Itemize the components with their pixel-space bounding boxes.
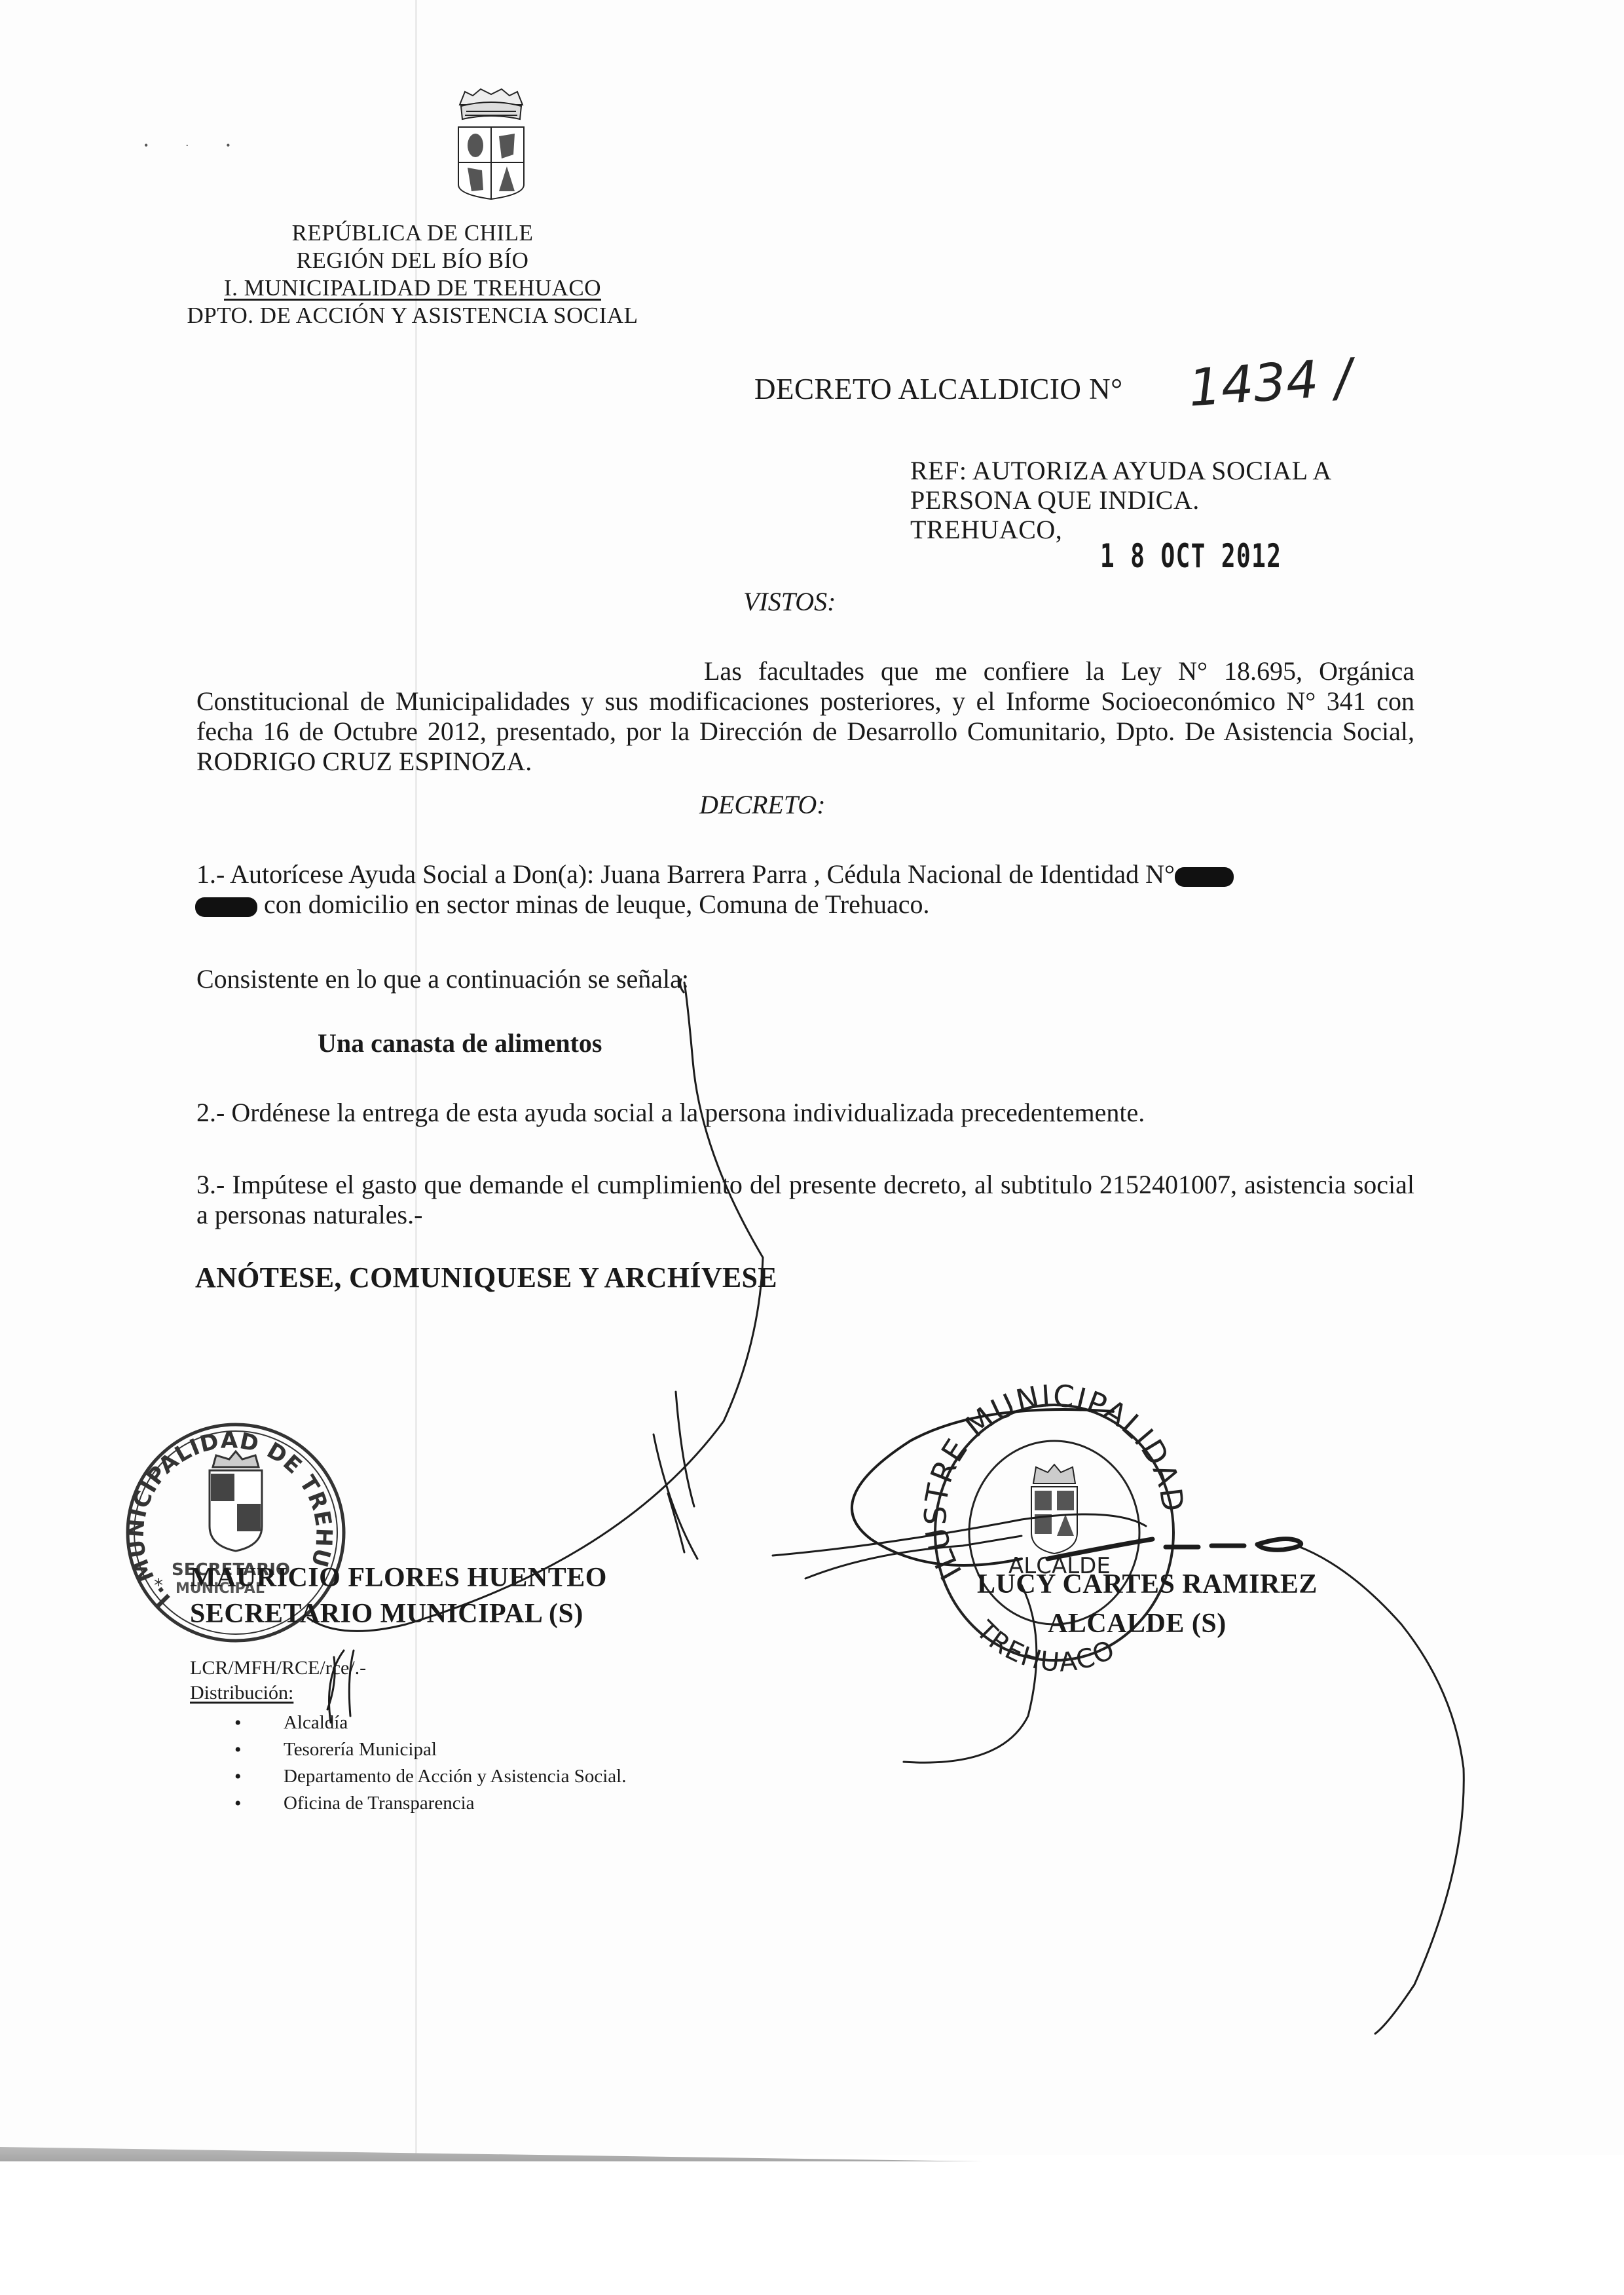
distribution-label: Distribución:	[190, 1682, 293, 1704]
letterhead-department: DPTO. DE ACCIÓN Y ASISTENCIA SOCIAL	[118, 303, 707, 329]
distribution-list: Alcaldía Tesorería Municipal Departament…	[234, 1709, 626, 1817]
vistos-heading: VISTOS:	[743, 586, 836, 617]
item1-address: con domicilio en sector minas de leuque,…	[257, 889, 929, 919]
decree-title: DECRETO ALCALDICIO N°	[754, 372, 1123, 406]
decree-item-3: 3.- Impútese el gasto que demande el cum…	[196, 1170, 1414, 1230]
letterhead-municipality: I. MUNICIPALIDAD DE TREHUACO	[118, 275, 707, 301]
distribution-item: Oficina de Transparencia	[234, 1790, 626, 1817]
date-stamp: 1 8 OCT 2012	[1100, 537, 1282, 575]
decree-number-handwritten: 1434 /	[1187, 348, 1354, 418]
municipal-coat-of-arms-icon	[452, 86, 530, 208]
ref-line-1: REF: AUTORIZA AYUDA SOCIAL A	[910, 455, 1332, 486]
secretary-name: MAURICIO FLORES HUENTEO	[190, 1562, 607, 1594]
distribution-item: Departamento de Acción y Asistencia Soci…	[234, 1763, 626, 1790]
municipality-name: I. MUNICIPALIDAD DE TREHUACO	[224, 275, 601, 301]
distribution-item: Alcaldía	[234, 1709, 626, 1736]
ref-location: TREHUACO,	[910, 514, 1062, 545]
closing-formula: ANÓTESE, COMUNIQUESE Y ARCHÍVESE	[195, 1261, 777, 1294]
letterhead-country: REPÚBLICA DE CHILE	[118, 220, 707, 246]
consistente-line: Consistente en lo que a continuación se …	[196, 964, 1414, 994]
vistos-paragraph: Las facultades que me confiere la Ley N°…	[196, 656, 1414, 777]
decree-item-1: 1.- Autorícese Ayuda Social a Don(a): Ju…	[196, 859, 1414, 920]
decree-item-2: 2.- Ordénese la entrega de esta ayuda so…	[196, 1098, 1414, 1128]
scan-speck-marks: • · •	[144, 139, 248, 153]
distribution-item: Tesorería Municipal	[234, 1736, 626, 1763]
redacted-id-part2	[195, 897, 257, 917]
mayor-title: ALCALDE (S)	[1048, 1608, 1227, 1639]
document-initials: LCR/MFH/RCE/rce/.-	[190, 1657, 366, 1679]
ref-line-2: PERSONA QUE INDICA.	[910, 485, 1200, 515]
letterhead-region: REGIÓN DEL BÍO BÍO	[118, 248, 707, 274]
redacted-id-part1	[1175, 867, 1234, 887]
item1-text: 1.- Autorícese Ayuda Social a Don(a): Ju…	[196, 859, 1175, 889]
secretary-title: SECRETARIO MUNICIPAL (S)	[190, 1598, 583, 1630]
benefit-item: Una canasta de alimentos	[318, 1028, 602, 1058]
decreto-heading: DECRETO:	[699, 789, 826, 820]
mayor-name: LUCY CARTES RAMIREZ	[977, 1569, 1318, 1600]
